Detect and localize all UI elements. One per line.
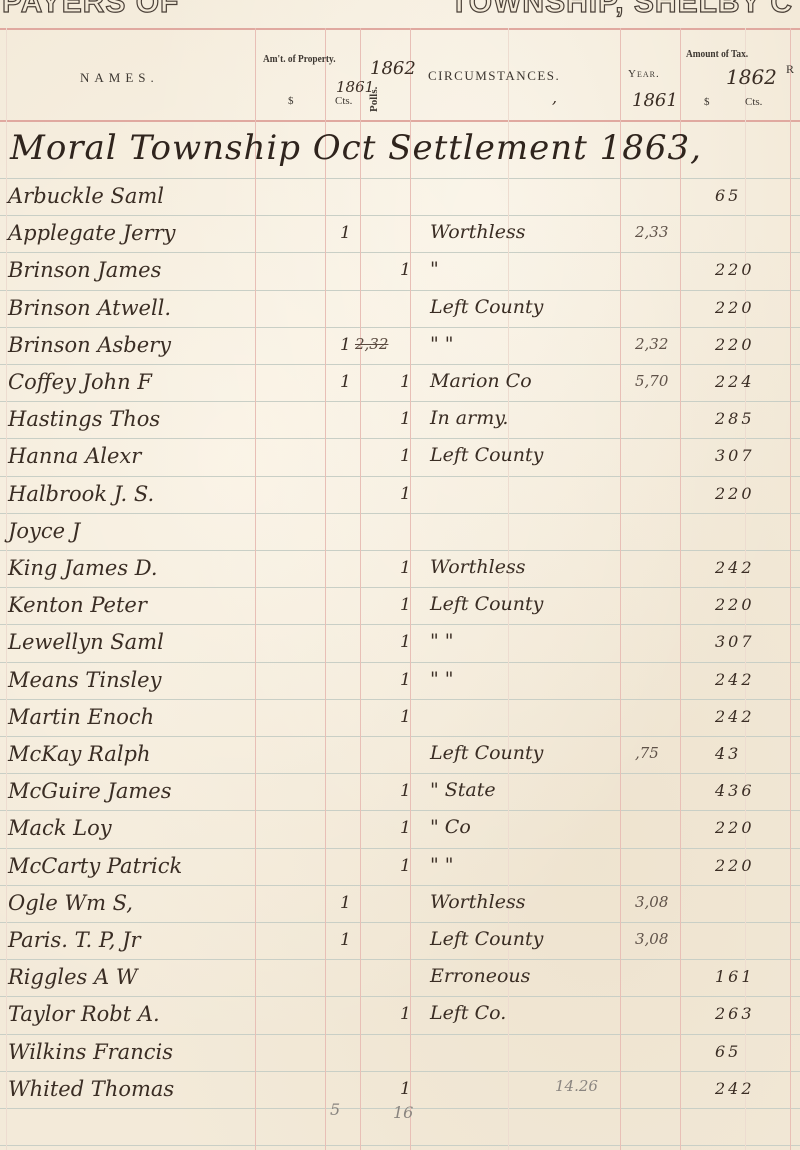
tax-amount: 65: [715, 186, 741, 205]
tax-amount: 224: [715, 372, 755, 391]
total-property: 5: [330, 1100, 340, 1119]
ledger-name: Whited Thomas: [8, 1077, 174, 1101]
circumstances: Worthless: [430, 556, 525, 578]
ledger-name: Arbuckle Saml: [8, 184, 164, 208]
year-amount: 2,32: [635, 335, 668, 353]
total-polls: 16: [393, 1103, 413, 1122]
polls-count: 1: [400, 707, 411, 727]
polls-count: 1: [400, 818, 411, 838]
handwritten-property-year-small: 1861: [336, 78, 374, 96]
ledger-name: Means Tinsley: [8, 668, 161, 692]
banner-right-text: TOWNSHIP, SHELBY C: [450, 0, 793, 20]
polls-count: 1: [400, 372, 411, 392]
circumstances: " ": [430, 668, 454, 690]
polls-count: 1: [400, 446, 411, 466]
ledger-name: McCarty Patrick: [8, 854, 182, 878]
ledger-name: King James D.: [8, 556, 158, 580]
circumstances: 14.26: [555, 1077, 598, 1095]
polls-count: 1: [400, 260, 411, 280]
circumstances: Left County: [430, 593, 543, 615]
table-row: Brinson James1"220: [0, 254, 800, 291]
table-row: Coffey John F11Marion Co5,70224: [0, 366, 800, 403]
circumstances: Erroneous: [430, 965, 530, 987]
tax-amount: 285: [715, 409, 755, 428]
tax-amount: 161: [715, 967, 755, 986]
ledger-name: Paris. T. P, Jr: [8, 928, 141, 952]
header-amount-of-property: Am't. of Property.: [263, 53, 336, 65]
property-value: 1: [340, 893, 351, 913]
table-row: Ogle Wm S,1Worthless3,08: [0, 887, 800, 924]
circumstances: " Co: [430, 816, 471, 838]
property-value: 1: [340, 335, 351, 355]
circumstances: Worthless: [430, 221, 525, 243]
ledger-name: Ogle Wm S,: [8, 891, 133, 915]
ledger-name: Brinson Asbery: [8, 333, 171, 357]
table-row: Hanna Alexr1Left County307: [0, 440, 800, 477]
circumstances: In army.: [430, 407, 508, 429]
table-row: McKay RalphLeft County,7543: [0, 738, 800, 775]
tax-amount: 263: [715, 1004, 755, 1023]
polls-count: 1: [400, 781, 411, 801]
handwritten-property-year: 1862: [370, 58, 416, 79]
tax-amount: 220: [715, 484, 755, 503]
ledger-name: Taylor Robt A.: [8, 1002, 160, 1026]
tax-amount: 307: [715, 632, 755, 651]
tax-amount: 220: [715, 335, 755, 354]
polls-count: 1: [400, 409, 411, 429]
tax-amount: 65: [715, 1042, 741, 1061]
tax-amount: 242: [715, 670, 755, 689]
ledger-name: Martin Enoch: [8, 705, 154, 729]
table-row: Means Tinsley1" "242: [0, 664, 800, 701]
ledger-name: Brinson Atwell.: [8, 296, 171, 320]
circumstances: Left County: [430, 444, 543, 466]
polls-count: 1: [400, 1004, 411, 1024]
ledger-name: Joyce J: [8, 519, 80, 543]
circumstances: " State: [430, 779, 496, 801]
polls-count: 1: [400, 632, 411, 652]
ledger-name: Riggles A W: [8, 965, 137, 989]
ledger-name: Halbrook J. S.: [8, 482, 154, 506]
circumstances: Marion Co: [430, 370, 532, 392]
polls-count: 1: [400, 856, 411, 876]
table-row: King James D.1Worthless242: [0, 552, 800, 589]
header-property-dollars: $: [288, 95, 294, 107]
circumstances: Worthless: [430, 891, 525, 913]
circumstances: Left County: [430, 928, 543, 950]
table-row: Arbuckle Saml65: [0, 180, 800, 217]
tax-amount: 242: [715, 558, 755, 577]
table-row: Wilkins Francis65: [0, 1036, 800, 1073]
ledger-banner: PAYERS OF TOWNSHIP, SHELBY C: [0, 0, 800, 22]
ledger-name: Wilkins Francis: [8, 1040, 173, 1064]
table-row: Mack Loy1" Co220: [0, 812, 800, 849]
property-value: 1: [340, 930, 351, 950]
polls-count: 1: [400, 484, 411, 504]
tax-amount: 220: [715, 595, 755, 614]
ledger-name: Hastings Thos: [8, 407, 160, 431]
circumstances: " ": [430, 854, 454, 876]
tax-amount: 242: [715, 1079, 755, 1098]
table-row: Joyce J: [0, 515, 800, 552]
ledger-title: Moral Township Oct Settlement 1863,: [10, 128, 702, 168]
table-row: Hastings Thos1In army.285: [0, 403, 800, 440]
table-row: McCarty Patrick1" "220: [0, 850, 800, 887]
handwritten-tax-year: 1862: [726, 65, 777, 89]
tax-amount: 43: [715, 744, 741, 763]
table-row: Martin Enoch1242: [0, 701, 800, 738]
header-circumstances: CIRCUMSTANCES.: [428, 68, 560, 84]
property-value: 1: [340, 223, 351, 243]
circumstances: Left County: [430, 296, 543, 318]
table-row: Brinson Atwell.Left County220: [0, 292, 800, 329]
year-amount: 3,08: [635, 893, 668, 911]
ledger-name: Applegate Jerry: [8, 221, 176, 245]
ledger-name: McKay Ralph: [8, 742, 151, 766]
table-row: Taylor Robt A.1Left Co.263: [0, 998, 800, 1035]
table-row: McGuire James1" State436: [0, 775, 800, 812]
table-row: Riggles A WErroneous161: [0, 961, 800, 998]
table-row: Applegate Jerry1Worthless2,33: [0, 217, 800, 254]
ledger-name: Lewellyn Saml: [8, 630, 164, 654]
ledger-name: Hanna Alexr: [8, 444, 141, 468]
tax-amount: 436: [715, 781, 755, 800]
handwritten-circ-mark: ,: [552, 88, 557, 107]
header-tax-dollars: $: [704, 96, 710, 108]
tax-amount: 242: [715, 707, 755, 726]
table-row: Brinson Asbery12,32" "2,32220: [0, 329, 800, 366]
polls-count: 1: [400, 670, 411, 690]
circumstances: ": [430, 258, 439, 280]
property-cents: 2,32: [355, 335, 388, 353]
header-amount-of-tax: Amount of Tax.: [686, 48, 748, 60]
tax-amount: 220: [715, 260, 755, 279]
polls-count: 1: [400, 595, 411, 615]
polls-count: 1: [400, 558, 411, 578]
header-property-cents: Cts.: [335, 95, 352, 107]
ledger-name: Coffey John F: [8, 370, 152, 394]
header-remarks: R: [786, 62, 794, 77]
tax-amount: 307: [715, 446, 755, 465]
table-row: Lewellyn Saml1" "307: [0, 626, 800, 663]
circumstances: " ": [430, 333, 454, 355]
circumstances: Left County: [430, 742, 543, 764]
banner-left-text: PAYERS OF: [2, 0, 179, 20]
circumstances: " ": [430, 630, 454, 652]
year-amount: 3,08: [635, 930, 668, 948]
header-names: NAMES.: [80, 70, 159, 86]
ledger-name: Brinson James: [8, 258, 161, 282]
circumstances: Left Co.: [430, 1002, 506, 1024]
handwritten-year-value: 1861: [632, 90, 678, 111]
year-amount: 5,70: [635, 372, 668, 390]
ledger-name: McGuire James: [8, 779, 171, 803]
tax-amount: 220: [715, 856, 755, 875]
year-amount: 2,33: [635, 223, 668, 241]
header-year: Year.: [628, 68, 660, 80]
ledger-name: Mack Loy: [8, 816, 112, 840]
header-tax-cents: Cts.: [745, 96, 762, 108]
table-row: Kenton Peter1Left County220: [0, 589, 800, 626]
polls-count: 1: [400, 1079, 411, 1099]
tax-amount: 220: [715, 298, 755, 317]
tax-amount: 220: [715, 818, 755, 837]
year-amount: ,75: [635, 744, 659, 762]
table-row: Paris. T. P, Jr1Left County3,08: [0, 924, 800, 961]
table-row: Halbrook J. S.1220: [0, 478, 800, 515]
property-value: 1: [340, 372, 351, 392]
ledger-name: Kenton Peter: [8, 593, 147, 617]
